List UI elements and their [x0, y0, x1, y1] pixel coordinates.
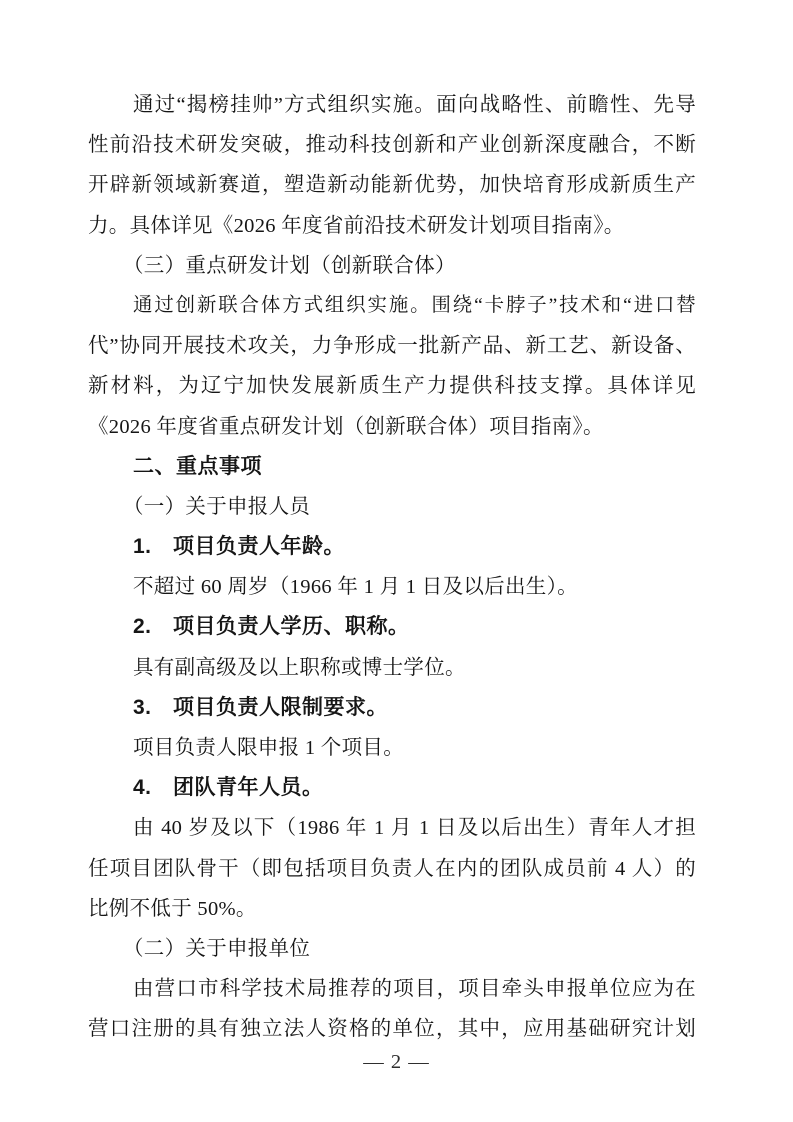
text-line: 比例不低于 50%。: [88, 889, 696, 929]
item-heading-4: 4. 团队青年人员。: [88, 768, 696, 808]
text-line: 《2026 年度省重点研发计划（创新联合体）项目指南》。: [88, 407, 696, 447]
item-heading-2: 2. 项目负责人学历、职称。: [88, 607, 696, 647]
text-line: 任项目团队骨干（即包括项目负责人在内的团队成员前 4 人）的: [88, 849, 696, 889]
text-line: 由 40 岁及以下（1986 年 1 月 1 日及以后出生）青年人才担: [88, 808, 696, 848]
text-line: 新材料，为辽宁加快发展新质生产力提供科技支撑。具体详见: [88, 366, 696, 406]
item-heading-3: 3. 项目负责人限制要求。: [88, 688, 696, 728]
text-line: 代”协同开展技术攻关，力争形成一批新产品、新工艺、新设备、: [88, 326, 696, 366]
text-line: 通过“揭榜挂帅”方式组织实施。面向战略性、前瞻性、先导: [88, 85, 696, 125]
subsection-heading-1: （一）关于申报人员: [88, 487, 696, 527]
text-line: 通过创新联合体方式组织实施。围绕“卡脖子”技术和“进口替: [88, 286, 696, 326]
text-line: 开辟新领域新赛道，塑造新动能新优势，加快培育形成新质生产: [88, 165, 696, 205]
item-heading-1: 1. 项目负责人年龄。: [88, 527, 696, 567]
text-line: 力。具体详见《2026 年度省前沿技术研发计划项目指南》。: [88, 206, 696, 246]
document-page: 通过“揭榜挂帅”方式组织实施。面向战略性、前瞻性、先导 性前沿技术研发突破，推动…: [0, 0, 793, 1122]
document-body: 通过“揭榜挂帅”方式组织实施。面向战略性、前瞻性、先导 性前沿技术研发突破，推动…: [88, 85, 696, 1050]
text-line: 具有副高级及以上职称或博士学位。: [88, 648, 696, 688]
text-line: 性前沿技术研发突破，推动科技创新和产业创新深度融合，不断: [88, 125, 696, 165]
page-number: — 2 —: [0, 1047, 793, 1077]
subsection-heading-3: （三）重点研发计划（创新联合体）: [88, 246, 696, 286]
text-line: 营口注册的具有独立法人资格的单位，其中，应用基础研究计划: [88, 1009, 696, 1049]
subsection-heading-2: （二）关于申报单位: [88, 929, 696, 969]
text-line: 由营口市科学技术局推荐的项目，项目牵头申报单位应为在: [88, 969, 696, 1009]
section-heading-2: 二、重点事项: [88, 447, 696, 487]
text-line: 不超过 60 周岁（1966 年 1 月 1 日及以后出生）。: [88, 567, 696, 607]
text-line: 项目负责人限申报 1 个项目。: [88, 728, 696, 768]
